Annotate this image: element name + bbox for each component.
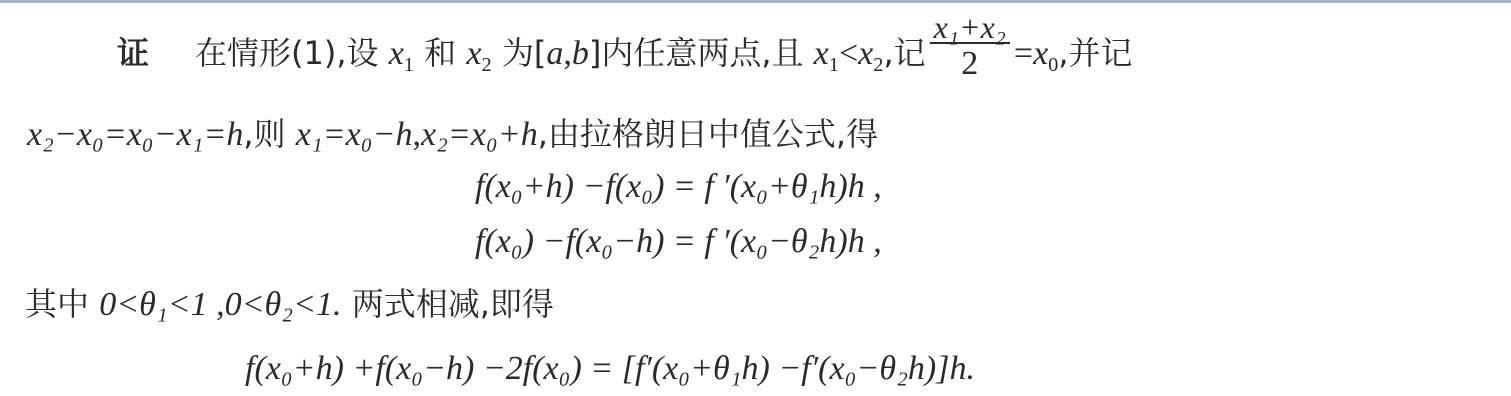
subscript: 1: [404, 54, 414, 76]
text: 和: [414, 34, 466, 72]
comma: ,: [563, 35, 572, 72]
text: ,并记: [1058, 34, 1132, 72]
text: 其中: [25, 285, 99, 323]
fraction-numerator: x₁+x₂: [930, 12, 1010, 42]
var-x0: x: [1033, 35, 1048, 72]
subscript: 2: [873, 54, 883, 76]
fraction-denominator: 2: [930, 44, 1010, 84]
top-border: [0, 0, 1511, 3]
equation-2: f(x₀) −f(x₀−h) = f ′(x₀−θ₂h)h ,: [475, 222, 882, 262]
var-a: a: [546, 35, 563, 72]
fraction: x₁+x₂2: [930, 12, 1010, 84]
var-x2: x: [858, 35, 873, 72]
text: 在情形(1),设: [195, 34, 389, 72]
text: ,记: [883, 34, 925, 72]
subscript: 1: [829, 54, 839, 76]
proof-label: 证: [117, 34, 149, 72]
var-x2: x: [466, 35, 481, 72]
proof-line-3: 其中 0<θ₁<1 ,0<θ₂<1. 两式相减,即得: [25, 284, 554, 325]
subscript: 0: [1048, 54, 1058, 76]
math-expression: x₂−x₀=x₀−x₁=h: [27, 116, 243, 153]
less-than: <: [839, 35, 858, 72]
var-x1: x: [389, 35, 404, 72]
equation-1: f(x₀+h) −f(x₀) = f ′(x₀+θ₁h)h ,: [475, 167, 882, 207]
text: 两式相减,即得: [342, 285, 554, 323]
math-expression: x₂=x₀+h: [421, 116, 538, 153]
var-x1: x: [814, 35, 829, 72]
text: ,由拉格朗日中值公式,得: [538, 115, 878, 153]
math-condition: 0<θ₁<1 ,0<θ₂<1.: [99, 286, 341, 323]
var-b: b: [572, 35, 589, 72]
proof-line-2: x₂−x₀=x₀−x₁=h,则 x₁=x₀−h,x₂=x₀+h,由拉格朗日中值公…: [27, 114, 878, 155]
math-expression: x₁=x₀−h: [296, 116, 413, 153]
final-equation: f(x₀+h) +f(x₀−h) −2f(x₀) = [f′(x₀+θ₁h) −…: [245, 349, 975, 389]
text: ]内任意两点,且: [589, 34, 814, 72]
subscript: 2: [481, 54, 491, 76]
text: 为[: [492, 34, 547, 72]
equals: =: [1014, 35, 1033, 72]
comma: ,: [413, 116, 422, 153]
proof-line-1: 证在情形(1),设 x1 和 x2 为[a,b]内任意两点,且 x1<x2,记x…: [117, 20, 1133, 92]
text: ,则: [243, 115, 295, 153]
